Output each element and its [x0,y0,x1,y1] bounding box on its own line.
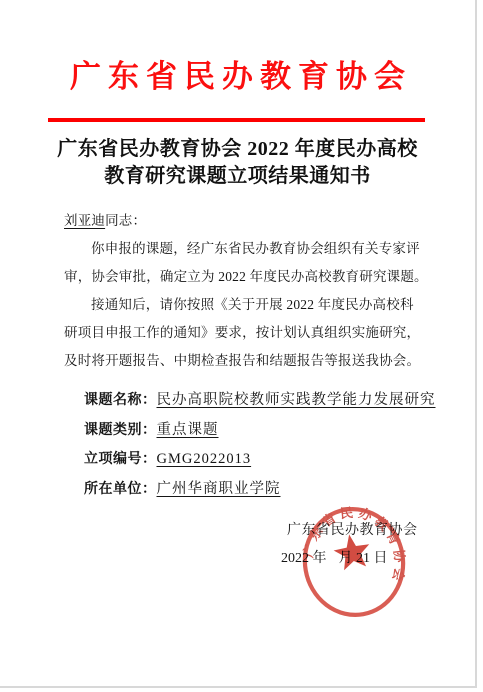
project-fields: 课题名称：民办高职院校教师实践教学能力发展研究 课题类别：重点课题 立项编号：G… [84,385,475,503]
field-label-project-name: 课题名称： [84,391,157,407]
document-title: 广东省民办教育协会 2022 年度民办高校 教育研究课题立项结果通知书 [0,136,475,189]
field-label-project-number: 立项编号： [84,450,157,466]
field-label-project-category: 课题类别： [84,421,157,437]
paragraph-1-line-1: 你申报的课题，经广东省民办教育协会组织有关专家评 [64,235,424,263]
letterhead-org-name: 广东省民办教育协会 [0,0,475,97]
recipient-name: 刘亚迪 [64,213,105,228]
field-label-institution: 所在单位： [84,480,157,496]
letter-body: 刘亚迪同志： 你申报的课题，经广东省民办教育协会组织有关专家评 审，协会审批，确… [64,207,424,375]
signature-date-day: 月 21 日 [339,551,388,566]
field-value-project-name: 民办高职院校教师实践教学能力发展研究 [157,392,436,408]
document-title-line-2: 教育研究课题立项结果通知书 [0,163,475,190]
document-title-line-1: 广东省民办教育协会 2022 年度民办高校 [0,136,475,163]
salutation: 刘亚迪同志： [64,207,424,235]
paragraph-1-line-2: 审，协会审批，确定立为 2022 年度民办高校教育研究课题。 [64,263,424,291]
letterhead-divider [48,118,425,122]
signature-date-year: 2022 年 [281,551,327,566]
paragraph-2-line-3: 及时将开题报告、中期检查报告和结题报告等报送我协会。 [64,347,424,375]
paragraph-2-line-2: 研项目申报工作的通知》要求，按计划认真组织实施研究， [64,319,424,347]
paragraph-2-line-1: 接通知后，请你按照《关于开展 2022 年度民办高校科 [64,291,424,319]
field-value-institution: 广州华商职业学院 [157,481,281,497]
field-row-institution: 所在单位：广州华商职业学院 [84,474,475,504]
field-value-project-number: GMG2022013 [157,451,252,467]
document-page: 广东省民办教育协会 广东省民办教育协会 2022 年度民办高校 教育研究课题立项… [0,0,477,688]
field-value-project-category: 重点课题 [157,422,219,438]
salutation-suffix: 同志： [105,213,146,228]
field-row-project-name: 课题名称：民办高职院校教师实践教学能力发展研究 [84,385,475,415]
signature-date: 2022 年月 21 日 [281,547,388,567]
field-row-project-number: 立项编号：GMG2022013 [84,444,475,474]
field-row-project-category: 课题类别：重点课题 [84,415,475,445]
signature-org: 广东省民办教育协会 [287,519,418,539]
